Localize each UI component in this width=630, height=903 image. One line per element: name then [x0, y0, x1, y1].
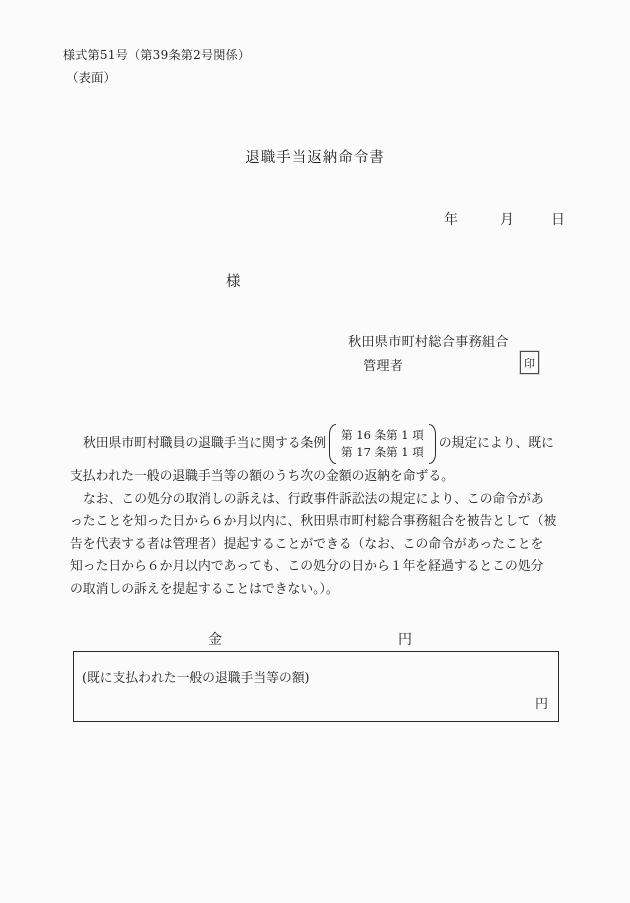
issuer-organization: 秋田県市町村総合事務組合 — [348, 331, 509, 350]
amount-box-unit-label: 円 — [535, 693, 548, 712]
amount-prefix-label: 金 — [208, 629, 222, 649]
amount-box-caption: (既に支払われた一般の退職手当等の額) — [82, 667, 310, 686]
side-label: （表面） — [66, 68, 116, 86]
amount-suffix-label: 円 — [398, 629, 412, 649]
bracket-lines: 第 16 条第 1 項 第 17 条第 1 項 — [336, 424, 429, 464]
ordinance-bracket: 第 16 条第 1 項 第 17 条第 1 項 — [329, 424, 436, 464]
date-year-label: 年 — [444, 209, 458, 229]
bracket-left-paren-icon — [329, 424, 336, 464]
issuer-role: 管理者 — [363, 355, 403, 374]
date-day-label: 日 — [551, 209, 565, 229]
bracket-right-paren-icon — [429, 424, 436, 464]
seal-box: 印 — [520, 351, 539, 374]
body-line: ったことを知った日から６か月以内に、秋田県市町村総合事務組合を被告として（被 — [70, 511, 558, 534]
bracket-line-2: 第 17 条第 1 項 — [341, 444, 424, 462]
amount-box: (既に支払われた一般の退職手当等の額) 円 — [73, 651, 559, 722]
body-text: 秋田県市町村職員の退職手当に関する条例 第 16 条第 1 項 第 17 条第 … — [70, 422, 558, 602]
bracket-line-1: 第 16 条第 1 項 — [341, 427, 424, 445]
body-line: なお、この処分の取消しの訴えは、行政事件訴訟法の規定により、この命令があ — [70, 489, 558, 512]
body-line: 告を代表する者は管理者）提起することができる（なお、この命令があったことを — [70, 534, 558, 557]
document-title: 退職手当返納命令書 — [0, 146, 630, 167]
clause-text-after: の規定により、既に — [439, 433, 554, 456]
date-month-label: 月 — [500, 209, 514, 229]
body-line: の取消しの訴えを提起することはできない。）。 — [70, 579, 558, 602]
form-number: 様式第51号（第39条第2号関係） — [63, 46, 250, 63]
document-page: 様式第51号（第39条第2号関係） （表面） 退職手当返納命令書 年 月 日 様… — [0, 0, 630, 903]
clause-text-before: 秋田県市町村職員の退職手当に関する条例 — [83, 433, 326, 456]
body-line: 支払われた一般の退職手当等の額のうち次の金額の返納を命ずる。 — [70, 466, 558, 489]
clause-line: 秋田県市町村職員の退職手当に関する条例 第 16 条第 1 項 第 17 条第 … — [70, 422, 558, 466]
addressee-honorific: 様 — [226, 270, 241, 291]
body-line: 知った日から６か月以内であっても、この処分の日から１年を経過するとこの処分 — [70, 556, 558, 579]
seal-label: 印 — [524, 355, 535, 371]
